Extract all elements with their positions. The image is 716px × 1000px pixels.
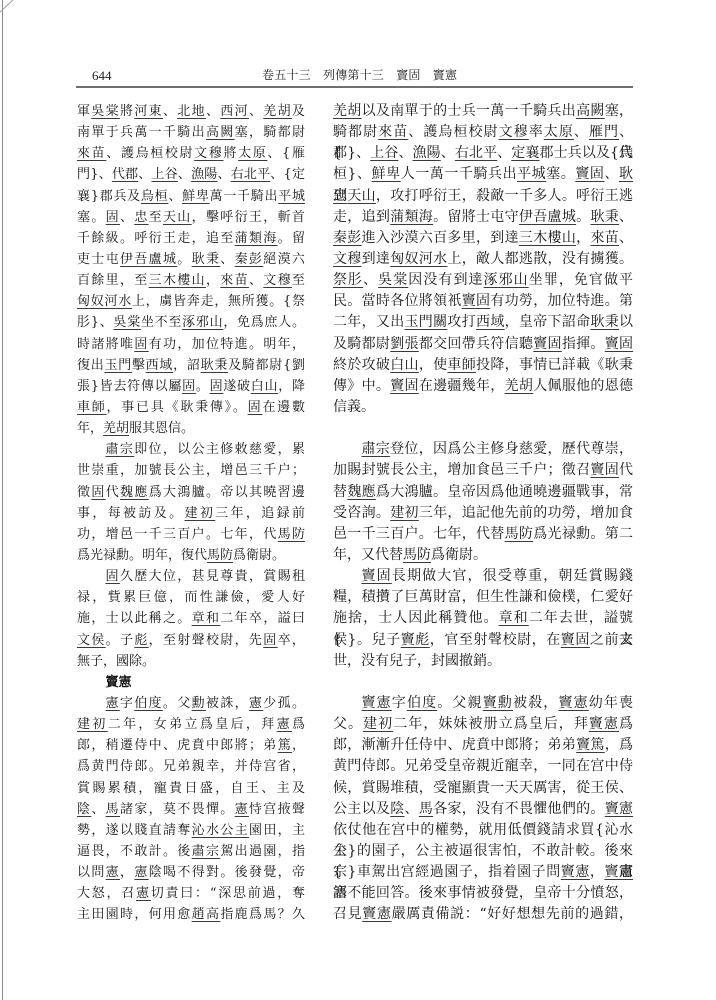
text-line: 陰、馬諸家，莫不畏憚。憲恃宫掖聲 <box>77 799 305 820</box>
text-line: 功，增邑一千三百户。七年，代馬防 <box>77 524 305 545</box>
proper-name: 蒲類海 <box>390 209 433 225</box>
proper-name: 憲 <box>106 696 120 711</box>
text-line: 賞賜累積，寵貴日盛，自王、主及 <box>77 778 305 799</box>
proper-name: 車師 <box>447 357 476 373</box>
proper-name: 劉張 <box>390 336 419 352</box>
text-line: 祭肜、吳棠因没有到達涿邪山坐罪，免官做平 <box>333 270 633 291</box>
proper-name: 沁水公主 <box>192 823 249 838</box>
text-line: 塞不能回答。後來事情被發覺，皇帝十分憤怒， <box>333 883 633 904</box>
paragraph: 固久歷大位，甚見尊貴，賞賜租禄，貲累巨億，而性謙儉，愛人好施，士以此稱之。章和二… <box>77 566 305 672</box>
proper-name: 吳棠 <box>91 104 120 119</box>
text-line: 爲黄門侍郎。兄弟親幸，并侍宫省， <box>77 756 305 777</box>
text-line: 襄}郡兵及烏桓、鮮卑萬一千騎出平城 <box>77 186 305 207</box>
proper-name: 伊吾盧城 <box>519 209 576 225</box>
text-line: 勢，遂以賤直請奪沁水公主園田，主 <box>77 820 305 841</box>
proper-name: 涿邪山 <box>484 272 529 288</box>
text-line: 黄門侍郎。兄弟受皇帝親近寵幸，一同在宫中侍 <box>333 756 633 777</box>
text-line: 逼畏，不敢計。後肅宗駕出過園，指 <box>77 841 305 862</box>
text-line: 主田園時，何用愈趙高指鹿爲馬？久 <box>77 904 305 925</box>
text-line: 依仗他在宫中的權勢，就用低價錢請求買{沁水公 <box>333 820 633 841</box>
proper-name: 祭肜 <box>333 272 363 288</box>
text-line: 到天山，攻打呼衍王，殺敵一千多人。呼衍王逃 <box>333 186 633 207</box>
text-line: 邑一千三百户。七年，代替馬防爲光禄勳。第二 <box>333 524 633 545</box>
proper-name: 竇固 <box>605 336 633 352</box>
proper-name: 西河 <box>220 104 249 119</box>
text-line: 年，又代替馬防爲衛尉。 <box>333 545 633 566</box>
proper-name: 三木樓山 <box>519 230 576 246</box>
proper-name: 竇篤 <box>576 737 605 753</box>
proper-name: 固 <box>134 337 148 352</box>
proper-name: 三木樓山 <box>149 273 206 288</box>
text-line: 世崇重，加號長公主，增邑三千户； <box>77 460 305 481</box>
text-line: 公主以及陰、馬各家，没有不畏懼他們的。竇憲 <box>333 799 633 820</box>
text-line: 民。當時各位將領衹竇固有功勞，加位特進。第 <box>333 291 633 312</box>
proper-name: 蒲類海 <box>235 231 278 246</box>
section-heading: 竇憲 <box>77 672 305 693</box>
proper-name: 篤 <box>278 738 292 753</box>
proper-name: 馬防 <box>505 526 534 542</box>
text-line: 軍吳棠將河東、北地、西河、羌胡及 <box>77 101 305 122</box>
proper-name: 漁陽 <box>191 167 217 182</box>
proper-name: 章和 <box>192 611 221 626</box>
text-line: 時諸將唯固有功，加位特進。明年， <box>77 334 305 355</box>
text-line: 候，賞賜堆積，受寵顯貴一天天厲害，從王侯、 <box>333 778 633 799</box>
proper-name: 建初 <box>363 716 393 732</box>
text-line: 門}、代郡、上谷、漁陽、右北平、{定 <box>77 164 305 185</box>
proper-name: 憲 <box>235 802 249 817</box>
proper-name: 固 <box>248 400 263 415</box>
text-line: 肅宗登位，因爲公主修身慈愛，歷代尊崇， <box>333 439 633 460</box>
proper-name: 來苗 <box>220 273 249 288</box>
proper-name: 匈奴河水 <box>390 251 447 267</box>
proper-name: 秦彭 <box>333 230 362 246</box>
text-line: 事，每被訪及。建初三年，追録前 <box>77 503 305 524</box>
text-line: 傳》中。竇固在邊疆幾年，羌胡人佩服他的恩德 <box>333 376 633 397</box>
proper-name: 馬 <box>419 801 433 817</box>
text-line: 憲字伯度。父勳被誅，憲少孤。 <box>77 693 305 714</box>
proper-name: 玉門關 <box>405 314 448 330</box>
text-line: 秦彭進入沙漠六百多里，到達三木樓山，來苗、 <box>333 228 633 249</box>
paragraph: 竇憲字伯度。父親竇勳被殺，竇憲幼年喪父。建初二年，妹妹被册立爲皇后，拜竇憲爲郎，… <box>333 693 633 926</box>
proper-name: 肅宗 <box>192 844 221 859</box>
text-line: 走，追到蒲類海。留將士屯守伊吾盧城。耿秉、 <box>333 207 633 228</box>
book-page: 644 卷五十三 列傳第十三 竇固 竇憲 軍吳棠將河東、北地、西河、羌胡及南單于… <box>0 0 716 1000</box>
proper-name: 趙高 <box>192 907 221 922</box>
proper-name: 來苗 <box>378 124 408 140</box>
text-line: 受咨詢。建初三年，追記他先前的功勞，增加食 <box>333 503 633 524</box>
text-line: 塞。固、忠至天山，擊呼衍王，斬首 <box>77 207 305 228</box>
text-line: 肅宗即位，以公主修敕慈愛，累 <box>77 439 305 460</box>
proper-name: 憲 <box>136 886 151 901</box>
proper-name: 右北平 <box>231 167 271 182</box>
proper-name: 固 <box>182 379 196 394</box>
proper-name: 耿秉 <box>201 358 228 373</box>
proper-name: 上谷 <box>151 167 177 182</box>
proper-name: 耿秉 <box>590 209 619 225</box>
proper-name: 伯度 <box>407 695 437 711</box>
text-line: 世，没有兒子，封國撤銷。 <box>333 651 633 672</box>
proper-name: 匈奴河水 <box>77 294 132 309</box>
text-line: 主}的園子，公主被逼很害怕，不敢計較。後來{肅 <box>333 841 633 862</box>
proper-name: 陰 <box>77 802 91 817</box>
proper-name: 陰 <box>390 801 404 817</box>
paragraph: 竇固長期做大官，很受尊重，朝廷賞賜錢糧，積攢了巨萬財富，但生性謙和儉樸，仁愛好施… <box>333 566 633 672</box>
text-line: 及騎都尉劉張都交回帶兵符信聽竇固指揮。竇固 <box>333 334 633 355</box>
proper-name: 憲 <box>249 696 263 711</box>
proper-name: 天山 <box>163 210 192 225</box>
proper-name: 伯度 <box>134 696 163 711</box>
proper-name: 涿邪山 <box>182 315 223 330</box>
proper-name: 高闕 <box>576 103 605 119</box>
proper-name: 漁陽 <box>413 145 441 161</box>
text-line: 大怒，召憲切責曰：“深思前過，奪 <box>77 883 305 904</box>
text-line: 桓}、鮮卑人一萬一千騎兵出平城塞。竇固、耿忠 <box>333 164 633 185</box>
proper-name: 固 <box>263 633 277 648</box>
proper-name: 文穆 <box>194 146 223 161</box>
proper-name: 馬防 <box>207 548 233 563</box>
proper-name: 北地 <box>177 104 206 119</box>
proper-name: 憲 <box>106 865 120 880</box>
proper-name: 白山 <box>390 357 419 373</box>
proper-name: 馬防 <box>278 527 305 542</box>
proper-name: 鮮卑 <box>182 189 209 204</box>
proper-name: 竇憲 <box>558 695 588 711</box>
proper-name: 固 <box>106 569 120 584</box>
text-line: 施捨，士人因此稱贊他。章和二年去世，謚號{文 <box>333 608 633 629</box>
proper-name: 伊吾盧城 <box>120 252 177 267</box>
proper-name: 竇固 <box>575 166 604 182</box>
paragraph: 憲字伯度。父勳被誅，憲少孤。建初二年，女弟立爲皇后，拜憲爲郎，稍遷侍中、虎賁中郎… <box>77 693 305 926</box>
proper-name: 羌胡 <box>505 378 534 394</box>
proper-name: 竇固 <box>590 462 619 478</box>
text-line: 召見竇憲嚴厲責備説：“好好想想先前的過錯， <box>333 904 633 925</box>
proper-name: 憲 <box>134 865 148 880</box>
proper-name: 羌胡 <box>263 104 292 119</box>
proper-name: 文穆 <box>499 124 529 140</box>
proper-name: 竇固 <box>533 336 562 352</box>
proper-name: 固 <box>91 485 105 500</box>
text-line: 年，羌胡服其恩信。 <box>77 418 305 439</box>
text-line: 文侯。子彪，至射聲校尉，先固卒， <box>77 630 305 651</box>
page-edge-line <box>0 0 16 1000</box>
proper-name: 上谷 <box>370 145 398 161</box>
proper-name: 太原 <box>238 146 267 161</box>
proper-name: 竇彪 <box>401 632 430 648</box>
proper-name: 玉門 <box>104 358 131 373</box>
text-line: 固久歷大位，甚見尊貴，賞賜租 <box>77 566 305 587</box>
text-line: 施，士以此稱之。章和二年卒，謚曰 <box>77 608 305 629</box>
text-line: 羌胡以及南單于的士兵一萬一千騎兵出高闕塞， <box>333 101 633 122</box>
proper-name: 魏應 <box>347 484 376 500</box>
proper-name: 竇憲 <box>561 864 590 880</box>
text-line: 以問憲，憲陰喝不得對。後發覺，帝 <box>77 862 305 883</box>
proper-name: 憲 <box>277 717 292 732</box>
proper-name: 西域 <box>476 314 505 330</box>
text-line: 侯}。兒子竇彪，官至射聲校尉，在竇固之前去 <box>333 630 633 651</box>
proper-name: 吳棠 <box>378 272 408 288</box>
proper-name: 烏桓 <box>141 189 168 204</box>
proper-name: 竇憲 <box>605 801 633 817</box>
proper-name: 固 <box>210 379 224 394</box>
proper-name: 竇固 <box>390 378 419 394</box>
text-line: 父。建初二年，妹妹被册立爲皇后，拜竇憲爲 <box>333 714 633 735</box>
text-line: 肜}、吳棠坐不至涿邪山，免爲庶人。 <box>77 312 305 333</box>
text-line: 禄，貲累巨億，而性謙儉，愛人好 <box>77 587 305 608</box>
proper-name: 文侯 <box>77 633 106 648</box>
proper-name: 建初 <box>77 717 108 732</box>
proper-name: 竇憲 <box>362 906 391 922</box>
proper-name: 耿秉 <box>192 252 221 267</box>
text-line: 終於攻破白山，使車師投降，事情已詳載《耿秉 <box>333 355 633 376</box>
proper-name: 天山 <box>347 188 376 204</box>
proper-name: 章和 <box>499 610 529 626</box>
proper-name: 雁門 <box>589 124 619 140</box>
proper-name: 平城 <box>278 189 305 204</box>
text-line: 郎，漸漸升任侍中、虎賁中郎將；弟弟竇篤，爲 <box>333 735 633 756</box>
proper-name: 白山 <box>251 379 278 394</box>
paragraph: 肅宗登位，因爲公主修身慈愛，歷代尊崇，加賜封號長公主，增加食邑三千户；徵召竇固代… <box>333 439 633 566</box>
text-line: 吏士屯伊吾盧城。耿秉、秦彭絕漠六 <box>77 249 305 270</box>
translation-column: 羌胡以及南單于的士兵一萬一千騎兵出高闕塞，騎都尉來苗、護烏桓校尉文穆率太原、雁門… <box>333 101 633 925</box>
proper-name: 固 <box>106 210 120 225</box>
proper-name: 吳棠 <box>113 315 140 330</box>
text-line: 宗}車駕出宫經過園子，指着園子問竇憲，竇憲語 <box>333 862 633 883</box>
text-line: 信義。 <box>333 397 633 418</box>
text-line: 建初二年，女弟立爲皇后，拜憲爲 <box>77 714 305 735</box>
paragraph: 肅宗即位，以公主修敕慈愛，累世崇重，加號長公主，增邑三千户；徵固代魏應爲大鴻臚。… <box>77 439 305 566</box>
proper-name: 平城 <box>517 166 546 182</box>
proper-name: 定襄 <box>511 145 539 161</box>
text-line: 替魏應爲大鴻臚。皇帝因爲他通曉邊疆戰事，常 <box>333 482 633 503</box>
text-line: 騎都尉來苗、護烏桓校尉文穆率太原、雁門、{代 <box>333 122 633 143</box>
proper-name: 竇憲 <box>362 695 392 711</box>
proper-name: 馬防 <box>403 547 431 563</box>
proper-name: 河東 <box>134 104 163 119</box>
text-line: 無子，國除。 <box>77 651 305 672</box>
text-line: 車師，事已具《耿秉傳》。固在邊數 <box>77 397 305 418</box>
proper-name: 羌胡 <box>103 421 129 436</box>
proper-name: 鮮卑 <box>372 166 401 182</box>
proper-name: 車師 <box>77 400 107 415</box>
proper-name: 竇勳 <box>483 695 513 711</box>
proper-name: 竇固 <box>362 568 392 584</box>
proper-name: 太原 <box>544 124 574 140</box>
blank-line <box>333 418 633 439</box>
proper-name: 來苗 <box>77 146 106 161</box>
proper-name: 竇固 <box>462 293 491 309</box>
proper-name: 建初 <box>184 506 215 521</box>
text-line: 南單于兵萬一千騎出高闕塞，騎都尉 <box>77 122 305 143</box>
text-line: 二年，又出玉門關攻打西域，皇帝下詔命耿秉以 <box>333 312 633 333</box>
proper-name: 來苗 <box>590 230 619 246</box>
text-line: 竇固長期做大官，很受尊重，朝廷賞賜錢 <box>333 566 633 587</box>
proper-name: 右北平 <box>455 145 497 161</box>
proper-name: 代郡 <box>112 167 138 182</box>
blank-line <box>333 672 633 693</box>
text-line: 來苗、護烏桓校尉文穆將太原、{雁 <box>77 143 305 164</box>
text-line: 郎，稍遷侍中、虎賁中郎將；弟篤， <box>77 735 305 756</box>
original-text-column: 軍吳棠將河東、北地、西河、羌胡及南單于兵萬一千騎出高闕塞，騎都尉來苗、護烏桓校尉… <box>77 101 305 925</box>
proper-name: 耿秉 <box>590 314 619 330</box>
proper-name: 竇憲 <box>604 864 633 880</box>
proper-name: 忠 <box>134 210 148 225</box>
proper-name: 竇固 <box>561 632 590 648</box>
proper-name: 勳 <box>192 696 206 711</box>
text-line: 百餘里，至三木樓山，來苗、文穆至 <box>77 270 305 291</box>
proper-name: 竇憲 <box>589 716 619 732</box>
proper-name: 魏應 <box>120 485 149 500</box>
paragraph: 羌胡以及南單于的士兵一萬一千騎兵出高闕塞，騎都尉來苗、護烏桓校尉文穆率太原、雁門… <box>333 101 633 418</box>
running-title: 卷五十三 列傳第十三 竇固 竇憲 <box>262 67 457 83</box>
paragraph: 軍吳棠將河東、北地、西河、羌胡及南單于兵萬一千騎出高闕塞，騎都尉來苗、護烏桓校尉… <box>77 101 305 439</box>
proper-name: 文穆 <box>263 273 292 288</box>
text-line: 匈奴河水上，虜皆奔走，無所獲。{祭 <box>77 291 305 312</box>
proper-name: 西域 <box>146 358 173 373</box>
text-line: 徵固代魏應爲大鴻臚。帝以其曉習邊 <box>77 482 305 503</box>
text-line: 張}皆去符傳以屬固。固遂破白山，降 <box>77 376 305 397</box>
proper-name: 建初 <box>390 505 419 521</box>
header-rule <box>76 86 633 88</box>
proper-name: 彪 <box>134 633 148 648</box>
text-line: 復出玉門擊西域，詔耿秉及騎都尉{劉 <box>77 355 305 376</box>
text-line: 加賜封號長公主，增加食邑三千户；徵召竇固代 <box>333 460 633 481</box>
text-line: 糧，積攢了巨萬財富，但生性謙和儉樸，仁愛好 <box>333 587 633 608</box>
text-line: 竇憲字伯度。父親竇勳被殺，竇憲幼年喪 <box>333 693 633 714</box>
proper-name: 秦彭 <box>235 252 264 267</box>
proper-name: 文穆 <box>333 251 362 267</box>
text-line: 文穆到達匈奴河水上，敵人都逃散，没有擄獲。 <box>333 249 633 270</box>
text-line: 爲光禄勳。明年，復代馬防爲衛尉。 <box>77 545 305 566</box>
proper-name: 肅宗 <box>362 441 391 457</box>
heading-line: 竇憲 <box>77 672 305 693</box>
page-number: 644 <box>92 68 112 84</box>
proper-name: 高闕 <box>206 125 235 140</box>
text-line: 千餘級。呼衍王走，追至蒲類海。留 <box>77 228 305 249</box>
text-line: 郡}、上谷、漁陽、右北平、定襄郡士兵以及{烏 <box>333 143 633 164</box>
proper-name: 馬 <box>106 802 120 817</box>
proper-name: 羌胡 <box>333 103 362 119</box>
proper-name: 肅宗 <box>106 442 135 457</box>
